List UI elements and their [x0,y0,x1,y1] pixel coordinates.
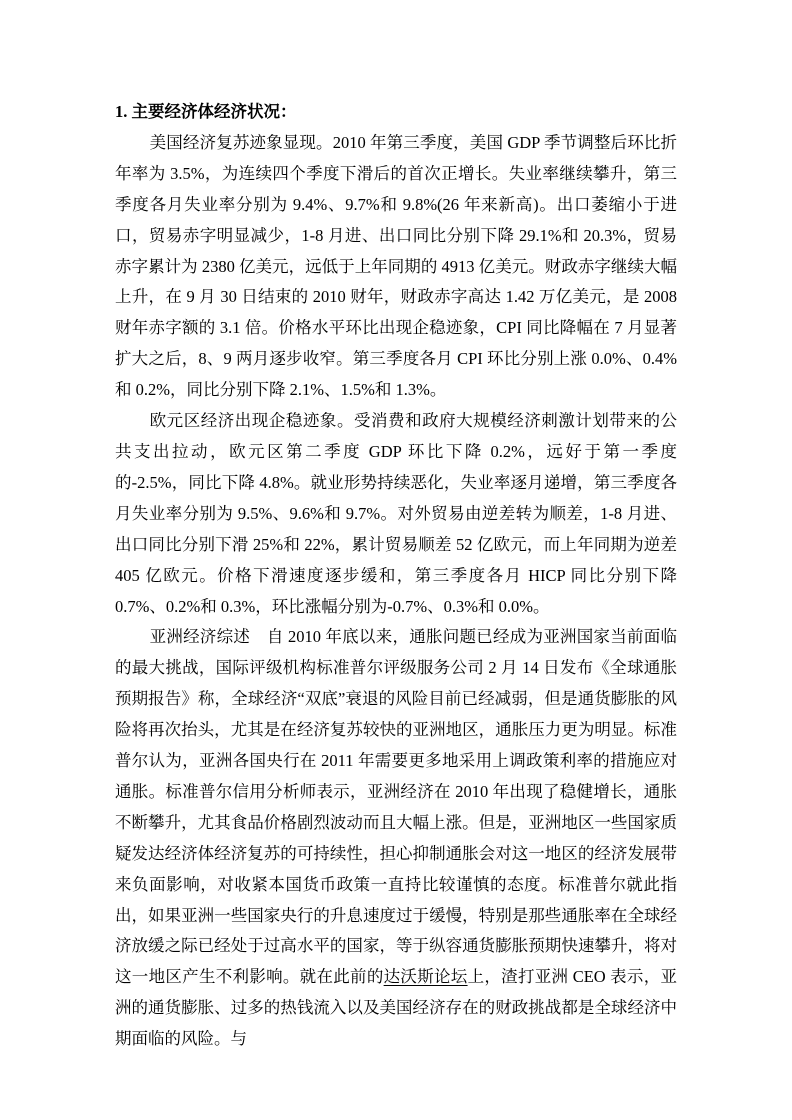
paragraph-text: 欧元区经济出现企稳迹象。受消费和政府大规模经济刺激计划带来的公共支出拉动，欧元区… [115,411,677,615]
document-page: 1. 主要经济体经济状况： 美国经济复苏迹象显现。2010 年第三季度，美国 G… [0,0,792,1120]
paragraph-text: 亚洲经济综述 自 2010 年底以来，通胀问题已经成为亚洲国家当前面临的最大挑战… [115,627,677,986]
document-body: 1. 主要经济体经济状况： 美国经济复苏迹象显现。2010 年第三季度，美国 G… [115,97,677,1055]
paragraph: 美国经济复苏迹象显现。2010 年第三季度，美国 GDP 季节调整后环比折年率为… [115,128,677,406]
paragraph: 亚洲经济综述 自 2010 年底以来，通胀问题已经成为亚洲国家当前面临的最大挑战… [115,622,677,1055]
paragraph-text: 美国经济复苏迹象显现。2010 年第三季度，美国 GDP 季节调整后环比折年率为… [115,133,677,399]
paragraph: 欧元区经济出现企稳迹象。受消费和政府大规模经济刺激计划带来的公共支出拉动，欧元区… [115,406,677,622]
underlined-text: 达沃斯论坛 [384,967,468,986]
section-heading: 1. 主要经济体经济状况： [115,97,677,128]
paragraph-container: 美国经济复苏迹象显现。2010 年第三季度，美国 GDP 季节调整后环比折年率为… [115,128,677,1055]
